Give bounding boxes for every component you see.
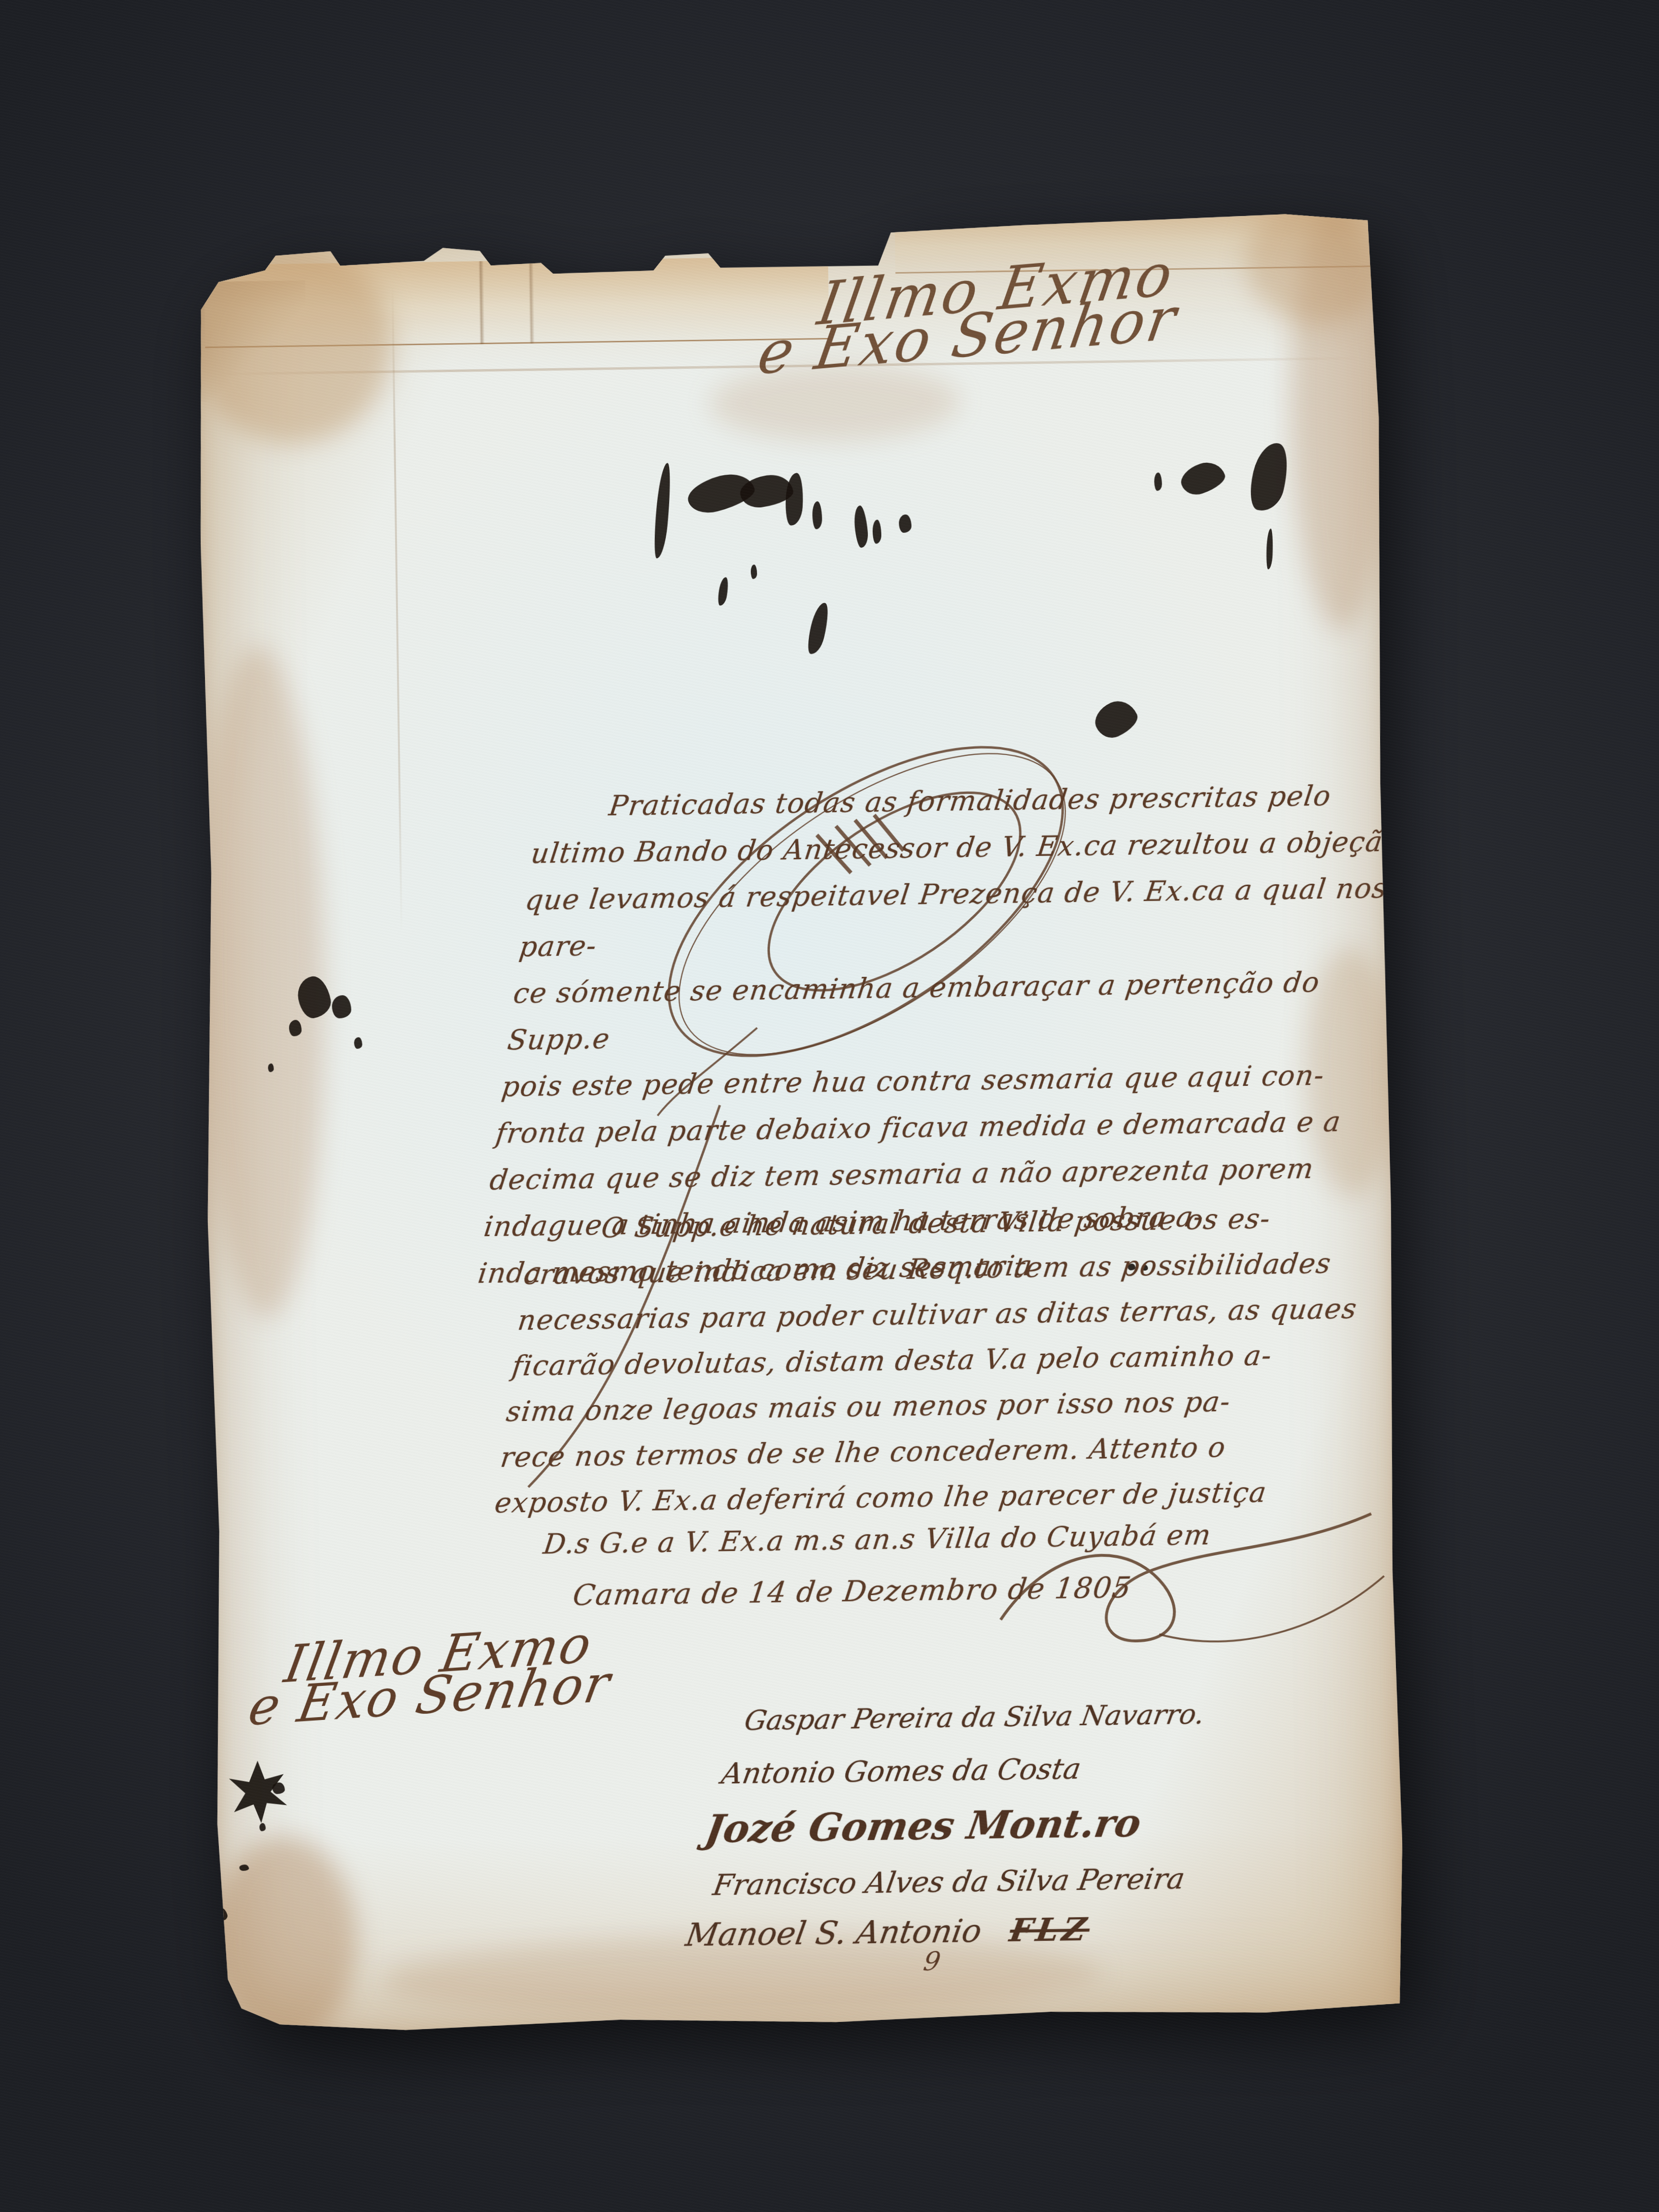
ink-blot <box>1245 439 1294 515</box>
body-line: que levamos á respeitavel Prezença de V.… <box>517 865 1426 970</box>
ink-blot <box>289 1020 301 1036</box>
ink-blot <box>259 1823 265 1831</box>
ink-blot <box>268 1063 274 1072</box>
ink-blot <box>240 1864 249 1871</box>
manuscript-page: Illmo Exmo e Exo Senhor <box>189 198 1410 2044</box>
signature-rubric: FLZ <box>1007 1911 1093 1949</box>
camara-rubric-flourish <box>985 1485 1400 1673</box>
ink-blot <box>899 515 912 533</box>
ink-blot <box>652 462 673 559</box>
ink-blot <box>1266 529 1274 569</box>
ink-blot <box>332 995 351 1019</box>
signature: Francisco Alves da Silva Pereira <box>710 1862 1187 1902</box>
body-line: ce sómente se encaminha a embaraçar a pe… <box>505 958 1414 1063</box>
ink-blot <box>751 565 757 579</box>
ink-blot <box>717 577 730 606</box>
photo-stage: Illmo Exmo e Exo Senhor <box>0 0 1659 2212</box>
corner-stain <box>212 1835 359 2044</box>
signature: Manoel S. AntonioFLZ <box>683 1911 1093 1954</box>
ink-blot <box>1090 695 1142 743</box>
ink-blot <box>812 501 822 529</box>
vertical-crease <box>392 284 403 932</box>
signature: Antonio Gomes da Costa <box>719 1752 1083 1791</box>
body-paragraph-2: O Supp.e he natural desta Villa possue o… <box>492 1194 1430 1526</box>
ink-blot <box>1154 472 1162 491</box>
ink-blot <box>272 1782 285 1794</box>
manuscript-page-wrap: Illmo Exmo e Exo Senhor <box>189 198 1410 2044</box>
signature: Gaspar Pereira da Silva Navarro. <box>742 1698 1207 1737</box>
ink-blot <box>1177 457 1228 499</box>
signature: Jozé Gomes Mont.ro <box>702 1800 1144 1851</box>
ink-blot <box>354 1037 362 1049</box>
ink-blot <box>873 519 882 543</box>
salutation-heading: Illmo Exmo e Exo Senhor <box>734 226 1374 387</box>
ink-blot <box>853 505 869 548</box>
